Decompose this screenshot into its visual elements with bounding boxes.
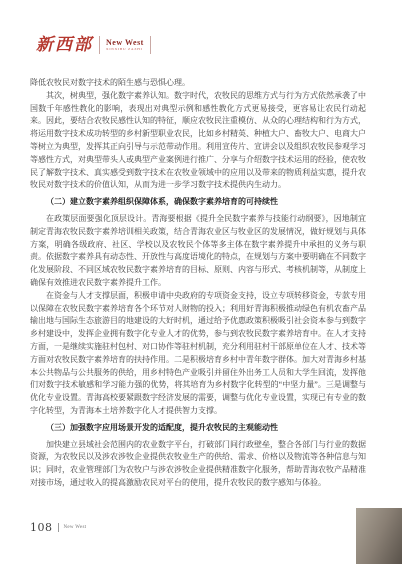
logo-chinese-wordmark: 新西部 (36, 37, 93, 54)
section-heading: （二）建立数字素养组织保障体系，确保数字素养培育的可持续性 (30, 196, 366, 209)
page-footer: 108 New West (30, 521, 86, 534)
footer-journal-name: New West (64, 525, 87, 530)
logo-english-wordmark: New West (106, 39, 144, 47)
logo-divider (99, 36, 100, 54)
paragraph: 在政策层面要强化顶层设计。青海要根据《提升全民数字素养与技能行动纲要》，因地制宜… (30, 213, 366, 290)
page-number: 108 (30, 521, 53, 534)
section-heading: （三）加强数字应用场景开发的适配度，提升农牧民的主观能动性 (30, 422, 366, 435)
article-body: 降低农牧民对数字技术的陌生感与恐惧心理。 其次，树典型，强化数字素养认知。数字时… (30, 77, 366, 490)
paragraph: 在资金与人才支撑层面，积极申请中央政府的专项资金支持，设立专项转移资金，专款专用… (30, 290, 366, 418)
corner-photo-fragment (356, 508, 402, 564)
logo-english-block: New West XINXIBU ZAZHI (106, 39, 144, 52)
footer-divider (58, 523, 59, 532)
logo-divider-right (150, 36, 151, 54)
paragraph: 降低农牧民对数字技术的陌生感与恐惧心理。 (30, 77, 366, 90)
paragraph: 其次，树典型，强化数字素养认知。数字时代，农牧民的思维方式与行为方式依然承袭了中… (30, 90, 366, 192)
logo-subtext: XINXIBU ZAZHI (106, 48, 144, 52)
paragraph: 加快建立县域社会范围内的农业数字平台，打破部门间行政壁垒，整合各部门与行业的数据… (30, 439, 366, 490)
journal-logo: 新西部 New West XINXIBU ZAZHI (36, 36, 151, 54)
